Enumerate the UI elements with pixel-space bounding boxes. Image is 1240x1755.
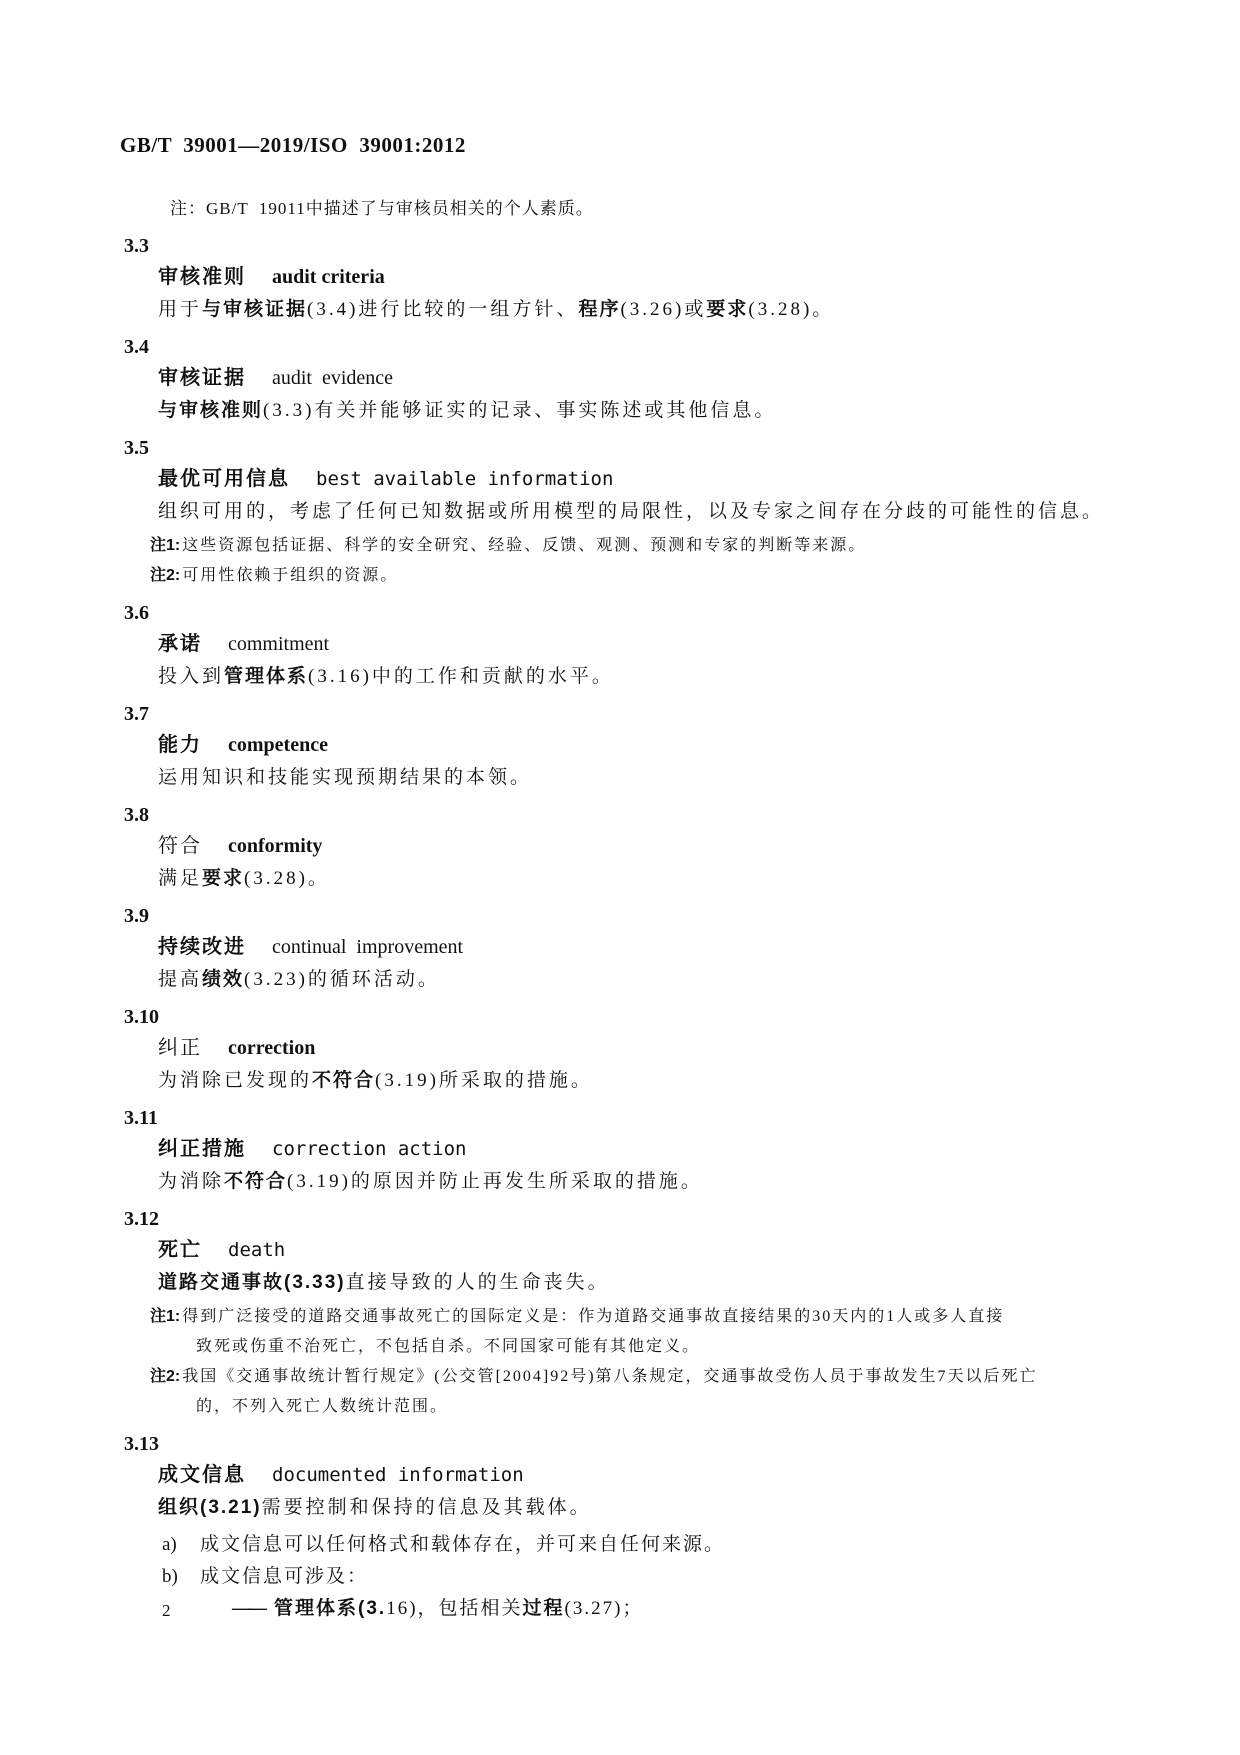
- definition-text: 运用知识和技能实现预期结果的本领。: [158, 767, 532, 788]
- note-label: 注2:: [150, 1368, 180, 1385]
- term-section: 3.9持续改进continual improvement提高绩效(3.23)的循…: [0, 901, 1240, 995]
- term-en: commitment: [228, 633, 329, 655]
- term-en: best available information: [316, 468, 613, 490]
- definition-line: 运用知识和技能实现预期结果的本领。: [158, 762, 1240, 793]
- list-item-text: 成文信息可以任何格式和载体存在，并可来自任何来源。: [200, 1534, 725, 1555]
- term-line: 持续改进continual improvement: [158, 932, 1240, 964]
- definition-text: (3.19)的原因并防止再发生所采取的措施。: [287, 1171, 703, 1192]
- definition-text: (3.28)。: [748, 299, 834, 320]
- definition-line: 提高绩效(3.23)的循环活动。: [158, 964, 1240, 995]
- section-number: 3.6: [124, 598, 1240, 629]
- term-reference: 要求: [706, 299, 748, 320]
- term-en: audit criteria: [272, 266, 385, 288]
- term-reference: 要求: [202, 868, 244, 889]
- note-text: 得到广泛接受的道路交通事故死亡的国际定义是：作为道路交通事故直接结果的30天内的…: [182, 1308, 1004, 1325]
- section-number: 3.4: [124, 332, 1240, 363]
- definition-text: 用于: [158, 299, 202, 320]
- definition-line: 组织(3.21)需要控制和保持的信息及其载体。: [158, 1492, 1240, 1523]
- term-line: 最优可用信息best available information: [158, 464, 1240, 496]
- list-item: a)成文信息可以任何格式和载体存在，并可来自任何来源。: [162, 1529, 1240, 1561]
- definition-text: (3.19)所采取的措施。: [375, 1070, 593, 1091]
- definition-line: 组织可用的，考虑了任何已知数据或所用模型的局限性，以及专家之间存在分歧的可能性的…: [158, 496, 1240, 527]
- term-reference: 组织(3.21): [158, 1497, 262, 1518]
- page-number: 2: [162, 1600, 171, 1622]
- term-reference: 不符合: [224, 1171, 287, 1192]
- notes-block: 注1:得到广泛接受的道路交通事故死亡的国际定义是：作为道路交通事故直接结果的30…: [0, 1302, 1240, 1422]
- term-zh: 纠正: [158, 1037, 202, 1059]
- term-en: correction action: [272, 1138, 466, 1160]
- carryover-note: 注：GB/T 19011中描述了与审核员相关的个人素质。: [170, 194, 1240, 224]
- definition-line: 为消除不符合(3.19)的原因并防止再发生所采取的措施。: [158, 1166, 1240, 1197]
- section-number: 3.8: [124, 800, 1240, 831]
- definition-text: 为消除: [158, 1171, 224, 1192]
- term-zh: 符合: [158, 835, 202, 857]
- definition-text: 组织可用的，考虑了任何已知数据或所用模型的局限性，以及专家之间存在分歧的可能性的…: [158, 501, 1104, 522]
- section-number: 3.10: [124, 1002, 1240, 1033]
- term-en: conformity: [228, 835, 322, 857]
- term-section: 3.4审核证据audit evidence与审核准则(3.3)有关并能够证实的记…: [0, 332, 1240, 426]
- term-line: 死亡death: [158, 1235, 1240, 1267]
- note-label: 注1:: [150, 537, 180, 554]
- note: 注1:得到广泛接受的道路交通事故死亡的国际定义是：作为道路交通事故直接结果的30…: [150, 1302, 1240, 1332]
- note: 注1:这些资源包括证据、科学的安全研究、经验、反馈、观测、预测和专家的判断等来源…: [150, 531, 1240, 561]
- section-number: 3.7: [124, 699, 1240, 730]
- term-reference: 道路交通事故(3.33): [158, 1272, 346, 1293]
- note-text: 可用性依赖于组织的资源。: [182, 567, 398, 584]
- term-reference: 与审核证据: [202, 299, 307, 320]
- list-marker: a): [162, 1529, 200, 1561]
- definition-text: 为消除已发现的: [158, 1070, 312, 1091]
- term-reference: 与审核准则: [158, 400, 263, 421]
- definition-text: 投入到: [158, 666, 224, 687]
- term-line: 审核证据audit evidence: [158, 363, 1240, 395]
- section-number: 3.11: [124, 1103, 1240, 1134]
- definition-text: 满足: [158, 868, 202, 889]
- definition-line: 与审核准则(3.3)有关并能够证实的记录、事实陈述或其他信息。: [158, 395, 1240, 426]
- term-zh: 纠正措施: [158, 1138, 246, 1160]
- term-section: 3.13成文信息documented information组织(3.21)需要…: [0, 1429, 1240, 1624]
- definition-text: 需要控制和保持的信息及其载体。: [262, 1497, 592, 1518]
- term-zh: 审核证据: [158, 367, 246, 389]
- definition-line: 用于与审核证据(3.4)进行比较的一组方针、程序(3.26)或要求(3.28)。: [158, 294, 1240, 325]
- term-section: 3.7能力competence运用知识和技能实现预期结果的本领。: [0, 699, 1240, 793]
- term-reference: 不符合: [312, 1070, 375, 1091]
- definition-line: 为消除已发现的不符合(3.19)所采取的措施。: [158, 1065, 1240, 1096]
- term-section: 3.3审核准则audit criteria用于与审核证据(3.4)进行比较的一组…: [0, 231, 1240, 325]
- term-line: 成文信息documented information: [158, 1460, 1240, 1492]
- term-section: 3.6承诺commitment投入到管理体系(3.16)中的工作和贡献的水平。: [0, 598, 1240, 692]
- page-content: GB/T 39001—2019/ISO 39001:2012 注：GB/T 19…: [0, 0, 1240, 1624]
- term-en: competence: [228, 734, 328, 756]
- document-code-header: GB/T 39001—2019/ISO 39001:2012: [120, 132, 1240, 158]
- term-zh: 审核准则: [158, 266, 246, 288]
- term-reference: 管理体系: [224, 666, 308, 687]
- definition-text: (3.26)或: [620, 299, 706, 320]
- term-zh: 死亡: [158, 1239, 202, 1261]
- definition-text: 16)，包括相关: [386, 1598, 522, 1619]
- term-line: 纠正措施correction action: [158, 1134, 1240, 1166]
- term-reference: 管理体系(3.: [274, 1598, 386, 1619]
- definition-text: (3.3)有关并能够证实的记录、事实陈述或其他信息。: [263, 400, 776, 421]
- term-line: 承诺commitment: [158, 629, 1240, 661]
- section-number: 3.9: [124, 901, 1240, 932]
- term-zh: 成文信息: [158, 1464, 246, 1486]
- term-zh: 承诺: [158, 633, 202, 655]
- note-label: 注1:: [150, 1308, 180, 1325]
- section-number: 3.5: [124, 433, 1240, 464]
- term-en: death: [228, 1239, 285, 1261]
- term-reference: 绩效: [202, 969, 244, 990]
- term-line: 审核准则audit criteria: [158, 262, 1240, 294]
- dash-subitem: ——管理体系(3.16)，包括相关过程(3.27)；: [232, 1593, 1240, 1624]
- term-en: correction: [228, 1037, 315, 1059]
- list-item-text: 成文信息可涉及：: [200, 1566, 368, 1587]
- terms-list: 3.3审核准则audit criteria用于与审核证据(3.4)进行比较的一组…: [0, 231, 1240, 1624]
- list-item: b)成文信息可涉及：: [162, 1561, 1240, 1593]
- note-continuation: 致死或伤重不治死亡，不包括自杀。不同国家可能有其他定义。: [196, 1332, 1240, 1362]
- definition-line: 满足要求(3.28)。: [158, 863, 1240, 894]
- note-text: 这些资源包括证据、科学的安全研究、经验、反馈、观测、预测和专家的判断等来源。: [182, 537, 866, 554]
- definition-text: (3.4)进行比较的一组方针、: [307, 299, 578, 320]
- definition-text: (3.28)。: [244, 868, 330, 889]
- term-en: continual improvement: [272, 936, 463, 958]
- term-line: 符合conformity: [158, 831, 1240, 863]
- definition-text: (3.16)中的工作和贡献的水平。: [308, 666, 614, 687]
- note-label: 注2:: [150, 567, 180, 584]
- note-continuation: 的，不列入死亡人数统计范围。: [196, 1392, 1240, 1422]
- term-reference: 程序: [578, 299, 620, 320]
- section-number: 3.3: [124, 231, 1240, 262]
- term-zh: 持续改进: [158, 936, 246, 958]
- term-line: 能力competence: [158, 730, 1240, 762]
- document-page: GB/T 39001—2019/ISO 39001:2012 注：GB/T 19…: [0, 0, 1240, 1755]
- term-reference: 过程: [523, 1598, 565, 1619]
- note: 注2:可用性依赖于组织的资源。: [150, 561, 1240, 591]
- definition-text: (3.27)；: [565, 1598, 644, 1619]
- definition-line: 道路交通事故(3.33)直接导致的人的生命丧失。: [158, 1267, 1240, 1298]
- definition-text: 提高: [158, 969, 202, 990]
- term-zh: 能力: [158, 734, 202, 756]
- term-zh: 最优可用信息: [158, 468, 290, 490]
- term-line: 纠正correction: [158, 1033, 1240, 1065]
- term-en: audit evidence: [272, 367, 393, 389]
- term-section: 3.8符合conformity满足要求(3.28)。: [0, 800, 1240, 894]
- term-section: 3.10纠正correction为消除已发现的不符合(3.19)所采取的措施。: [0, 1002, 1240, 1096]
- term-section: 3.12死亡death道路交通事故(3.33)直接导致的人的生命丧失。注1:得到…: [0, 1204, 1240, 1422]
- list-block: a)成文信息可以任何格式和载体存在，并可来自任何来源。b)成文信息可涉及：——管…: [0, 1529, 1240, 1624]
- section-number: 3.12: [124, 1204, 1240, 1235]
- definition-line: 投入到管理体系(3.16)中的工作和贡献的水平。: [158, 661, 1240, 692]
- note: 注2:我国《交通事故统计暂行规定》(公交管[2004]92号)第八条规定，交通事…: [150, 1362, 1240, 1392]
- em-dash: ——: [232, 1598, 264, 1619]
- notes-block: 注1:这些资源包括证据、科学的安全研究、经验、反馈、观测、预测和专家的判断等来源…: [0, 531, 1240, 591]
- term-en: documented information: [272, 1464, 524, 1486]
- list-marker: b): [162, 1561, 200, 1593]
- note-text: 我国《交通事故统计暂行规定》(公交管[2004]92号)第八条规定，交通事故受伤…: [182, 1368, 1037, 1385]
- definition-text: (3.23)的循环活动。: [244, 969, 440, 990]
- definition-text: 直接导致的人的生命丧失。: [346, 1272, 610, 1293]
- term-section: 3.5最优可用信息best available information组织可用的…: [0, 433, 1240, 591]
- section-number: 3.13: [124, 1429, 1240, 1460]
- term-section: 3.11纠正措施correction action为消除不符合(3.19)的原因…: [0, 1103, 1240, 1197]
